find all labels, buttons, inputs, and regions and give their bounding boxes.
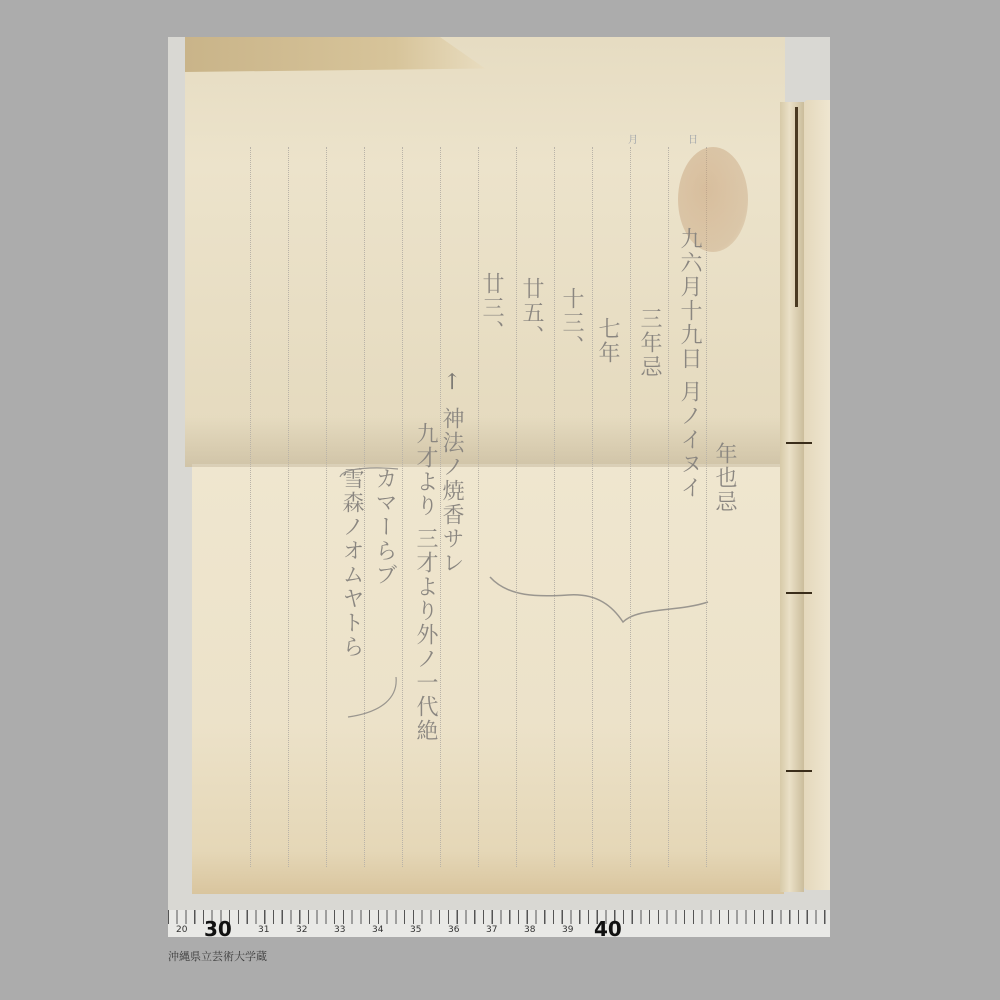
notebook-photo: 月 日 九六月十九日 月ノイヌイ 年也忌 三年忌 七年 十三、 廿五、 廿三、 …	[168, 37, 830, 937]
ruler-label: 37	[486, 925, 497, 935]
ruler-label-major: 30	[204, 917, 232, 937]
ruler-label: 34	[372, 925, 383, 935]
collection-credit: 沖縄県立芸術大学蔵	[168, 948, 267, 964]
ruler-label: 20	[176, 925, 187, 935]
pencil-bracket	[168, 37, 830, 937]
ruler-ticks	[168, 910, 830, 924]
ruler-label-major: 40	[594, 917, 622, 937]
measuring-ruler: 20 30 31 32 33 34 35 36 37 38 39 40	[168, 910, 830, 937]
ruler-label: 31	[258, 925, 269, 935]
ruler-label: 33	[334, 925, 345, 935]
ruler-label: 39	[562, 925, 573, 935]
ruler-label: 36	[448, 925, 459, 935]
ruler-label: 38	[524, 925, 535, 935]
ruler-label: 35	[410, 925, 421, 935]
ruler-label: 32	[296, 925, 307, 935]
